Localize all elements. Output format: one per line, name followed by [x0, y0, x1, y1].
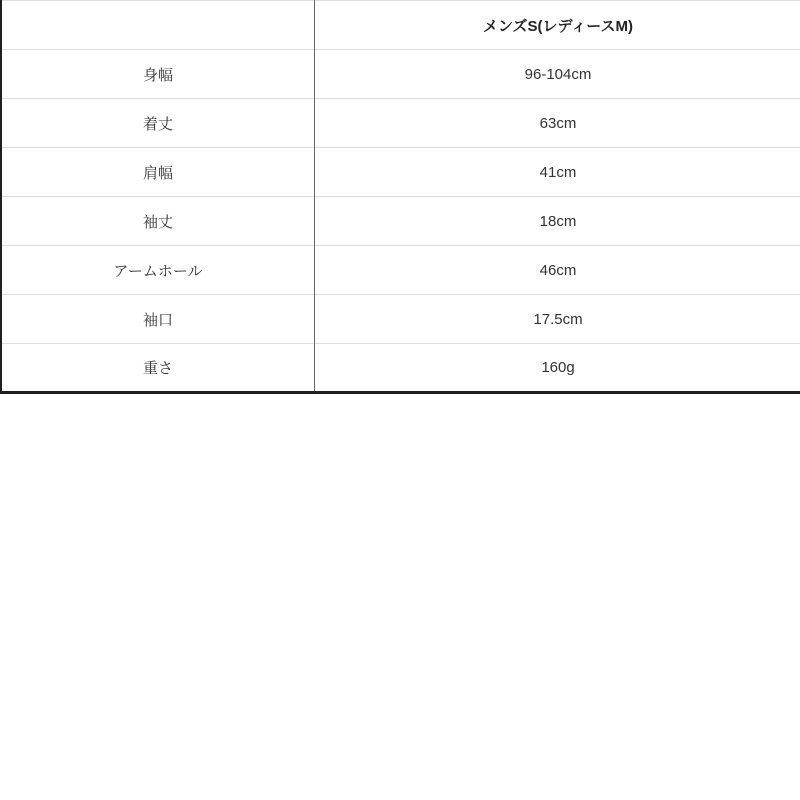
measurement-value: 63cm: [315, 99, 800, 148]
measurement-label: 袖丈: [1, 197, 315, 246]
measurement-value: 17.5cm: [315, 295, 800, 344]
measurement-label: 肩幅: [1, 148, 315, 197]
measurement-label: 袖口: [1, 295, 315, 344]
table-row: 身幅 96-104cm: [1, 50, 800, 99]
table-header-row: メンズS(レディースM): [1, 1, 800, 50]
measurement-value: 18cm: [315, 197, 800, 246]
table-row: 肩幅 41cm: [1, 148, 800, 197]
measurement-value: 46cm: [315, 246, 800, 295]
measurement-value: 96-104cm: [315, 50, 800, 99]
measurement-value: 160g: [315, 344, 800, 393]
header-label-cell: [1, 1, 315, 50]
measurement-label: アームホール: [1, 246, 315, 295]
size-spec-table: メンズS(レディースM) 身幅 96-104cm 着丈 63cm 肩幅 41cm…: [0, 0, 800, 394]
measurement-label: 重さ: [1, 344, 315, 393]
table-row: アームホール 46cm: [1, 246, 800, 295]
table-row: 着丈 63cm: [1, 99, 800, 148]
measurement-label: 着丈: [1, 99, 315, 148]
table-row: 袖丈 18cm: [1, 197, 800, 246]
table-row: 重さ 160g: [1, 344, 800, 393]
measurement-value: 41cm: [315, 148, 800, 197]
table-row: 袖口 17.5cm: [1, 295, 800, 344]
header-size-cell: メンズS(レディースM): [315, 1, 800, 50]
measurement-label: 身幅: [1, 50, 315, 99]
